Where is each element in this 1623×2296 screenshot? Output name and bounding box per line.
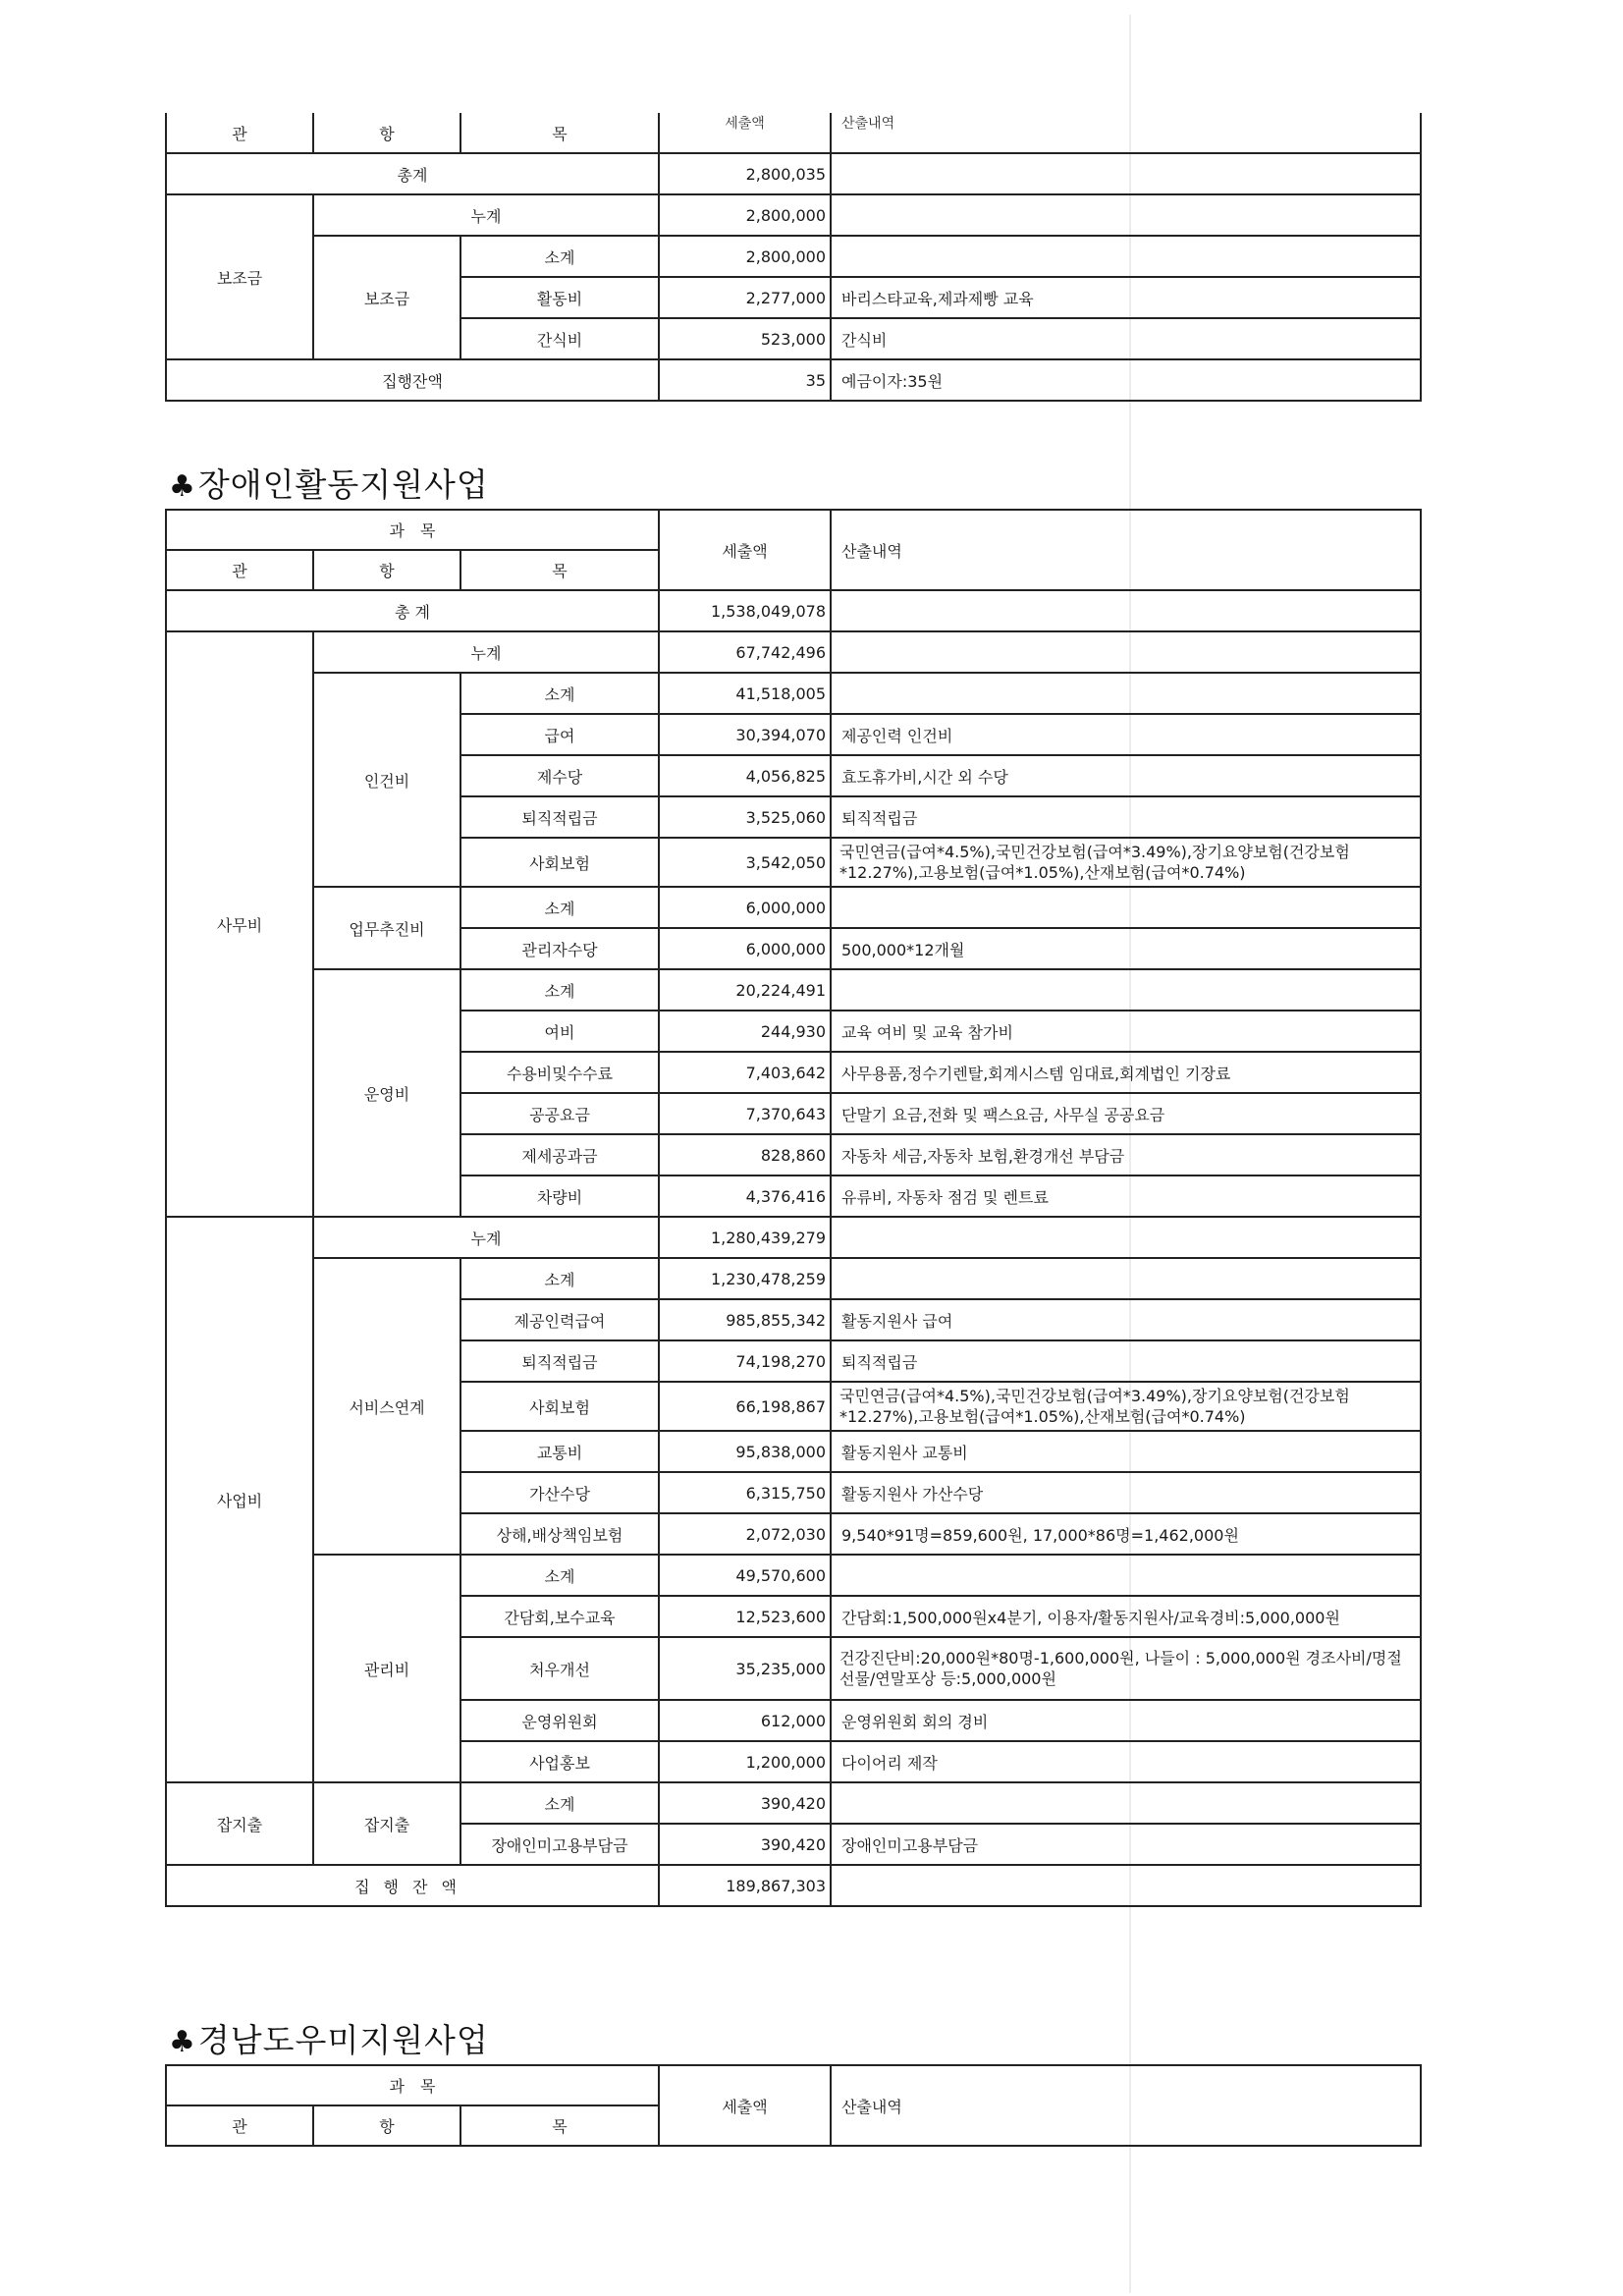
mok-cell: 급여 (460, 714, 659, 755)
amount-cell: 6,000,000 (659, 887, 831, 928)
mok-cell: 운영위원회 (460, 1700, 659, 1741)
amount-cell: 1,230,478,259 (659, 1258, 831, 1299)
amount-cell: 7,403,642 (659, 1052, 831, 1093)
amount-cell: 20,224,491 (659, 969, 831, 1011)
cumulative-label: 누계 (313, 631, 659, 673)
table-row: 운영비 소계 20,224,491 (166, 969, 1421, 1011)
mok-cell: 제세공과금 (460, 1134, 659, 1175)
hang-service: 서비스연계 (313, 1258, 460, 1555)
amount-cell: 390,420 (659, 1824, 831, 1865)
detail-cell (831, 1555, 1421, 1596)
balance-detail: 예금이자:35원 (831, 359, 1421, 401)
header-hang: 항 (313, 550, 460, 590)
hang-operation: 운영비 (313, 969, 460, 1217)
amount-cell: 35,235,000 (659, 1637, 831, 1700)
amount-cell: 3,542,050 (659, 838, 831, 887)
header-hang: 항 (313, 113, 460, 153)
header-amount: 세출액 (659, 2065, 831, 2146)
gwan-office: 사무비 (166, 631, 313, 1217)
gwan-cell: 보조금 (166, 194, 313, 359)
amount-cell: 49,570,600 (659, 1555, 831, 1596)
detail-cell: 퇴직적립금 (831, 796, 1421, 838)
mok-cell: 가산수당 (460, 1472, 659, 1513)
amount-cell: 30,394,070 (659, 714, 831, 755)
mok-cell: 제수당 (460, 755, 659, 796)
detail-cell (831, 887, 1421, 928)
mok-cell: 소계 (460, 1555, 659, 1596)
balance-detail (831, 1865, 1421, 1906)
header-detail: 산출내역 (831, 510, 1421, 590)
table-gyeongnam-helper: 과 목 세출액 산출내역 관 항 목 (165, 2064, 1422, 2147)
amount-cell: 6,315,750 (659, 1472, 831, 1513)
table-row: 업무추진비 소계 6,000,000 (166, 887, 1421, 928)
detail-cell: 500,000*12개월 (831, 928, 1421, 969)
detail-cell (831, 969, 1421, 1011)
detail-cell: 단말기 요금,전화 및 팩스요금, 사무실 공공요금 (831, 1093, 1421, 1134)
detail-cell: 운영위원회 회의 경비 (831, 1700, 1421, 1741)
hang-personnel: 인건비 (313, 673, 460, 887)
header-gwan: 관 (166, 113, 313, 153)
mok-cell: 활동비 (460, 277, 659, 318)
detail-cell: 제공인력 인건비 (831, 714, 1421, 755)
mok-cell: 소계 (460, 673, 659, 714)
amount-cell: 4,056,825 (659, 755, 831, 796)
mok-cell: 교통비 (460, 1431, 659, 1472)
detail-cell: 자동차 세금,자동차 보험,환경개선 부담금 (831, 1134, 1421, 1175)
detail-cell: 유류비, 자동차 점검 및 렌트료 (831, 1175, 1421, 1217)
detail-cell: 바리스타교육,제과제빵 교육 (831, 277, 1421, 318)
header-mok: 목 (460, 550, 659, 590)
mok-cell: 소계 (460, 1782, 659, 1824)
amount-cell: 95,838,000 (659, 1431, 831, 1472)
detail-cell: 장애인미고용부담금 (831, 1824, 1421, 1865)
mok-cell: 공공요금 (460, 1093, 659, 1134)
table-row: 인건비 소계 41,518,005 (166, 673, 1421, 714)
mok-cell: 사회보험 (460, 838, 659, 887)
header-gwan: 관 (166, 550, 313, 590)
table-row: 보조금 누계 2,800,000 (166, 194, 1421, 236)
amount-cell: 612,000 (659, 1700, 831, 1741)
detail-cell: 효도휴가비,시간 외 수당 (831, 755, 1421, 796)
total-amount: 1,538,049,078 (659, 590, 831, 631)
detail-cell: 건강진단비:20,000원*80명-1,600,000원, 나들이 : 5,00… (831, 1637, 1421, 1700)
header-row: 과 목 세출액 산출내역 (166, 2065, 1421, 2105)
club-icon: ♣ (169, 2025, 196, 2059)
detail-cell: 활동지원사 급여 (831, 1299, 1421, 1340)
header-subject: 과 목 (166, 2065, 659, 2105)
hang-management: 관리비 (313, 1555, 460, 1782)
mok-cell: 간식비 (460, 318, 659, 359)
table-activity-support: 과 목 세출액 산출내역 관 항 목 총 계 1,538,049,078 사무비… (165, 509, 1422, 1907)
mok-cell: 상해,배상책임보험 (460, 1513, 659, 1555)
header-mok: 목 (460, 2105, 659, 2146)
amount-cell: 2,800,000 (659, 236, 831, 277)
mok-cell: 사회보험 (460, 1382, 659, 1431)
amount-cell: 66,198,867 (659, 1382, 831, 1431)
table-row: 사업비 누계 1,280,439,279 (166, 1217, 1421, 1258)
amount-cell: 7,370,643 (659, 1093, 831, 1134)
mok-cell: 소계 (460, 969, 659, 1011)
header-amount-fragment: 세출액 (725, 116, 765, 132)
cumulative-amount: 1,280,439,279 (659, 1217, 831, 1258)
mok-cell: 소계 (460, 236, 659, 277)
detail-cell: 활동지원사 가산수당 (831, 1472, 1421, 1513)
total-row: 총 계 1,538,049,078 (166, 590, 1421, 631)
detail-cell: 간식비 (831, 318, 1421, 359)
header-hang: 항 (313, 2105, 460, 2146)
header-row: 관 항 목 세출액 산출내역 (166, 113, 1421, 153)
section-title-text: 경남도우미지원사업 (198, 2021, 489, 2059)
mok-cell: 사업홍보 (460, 1741, 659, 1782)
table-row: 사무비 누계 67,742,496 (166, 631, 1421, 673)
gwan-project: 사업비 (166, 1217, 313, 1782)
header-row: 과 목 세출액 산출내역 (166, 510, 1421, 550)
mok-cell: 차량비 (460, 1175, 659, 1217)
detail-cell: 활동지원사 교통비 (831, 1431, 1421, 1472)
total-row: 총계 2,800,035 (166, 153, 1421, 194)
mok-cell: 장애인미고용부담금 (460, 1824, 659, 1865)
total-label: 총계 (166, 153, 659, 194)
header-mok: 목 (460, 113, 659, 153)
amount-cell: 4,376,416 (659, 1175, 831, 1217)
detail-cell (831, 236, 1421, 277)
cumulative-label: 누계 (313, 194, 659, 236)
total-detail (831, 153, 1421, 194)
balance-label: 집행잔액 (166, 1865, 659, 1906)
amount-cell: 828,860 (659, 1134, 831, 1175)
mok-cell: 여비 (460, 1011, 659, 1052)
section-title-gyeongnam-helper: ♣경남도우미지원사업 (169, 2015, 489, 2061)
mok-cell: 제공인력급여 (460, 1299, 659, 1340)
amount-cell: 6,000,000 (659, 928, 831, 969)
gwan-misc: 잡지출 (166, 1782, 313, 1865)
detail-cell: 다이어리 제작 (831, 1741, 1421, 1782)
detail-cell: 교육 여비 및 교육 참가비 (831, 1011, 1421, 1052)
detail-cell: 9,540*91명=859,600원, 17,000*86명=1,462,000… (831, 1513, 1421, 1555)
section-title-text: 장애인활동지원사업 (198, 465, 489, 504)
cumulative-amount: 2,800,000 (659, 194, 831, 236)
balance-label: 집행잔액 (166, 359, 659, 401)
mok-cell: 퇴직적립금 (460, 1340, 659, 1382)
table-subsidy-continued: 관 항 목 세출액 산출내역 총계 2,800,035 보조금 누계 2,800… (165, 113, 1422, 402)
detail-cell: 사무용품,정수기렌탈,회계시스템 임대료,회계법인 기장료 (831, 1052, 1421, 1093)
detail-cell: 퇴직적립금 (831, 1340, 1421, 1382)
amount-cell: 2,072,030 (659, 1513, 831, 1555)
total-label: 총 계 (166, 590, 659, 631)
mok-cell: 소계 (460, 1258, 659, 1299)
cumulative-label: 누계 (313, 1217, 659, 1258)
amount-cell: 74,198,270 (659, 1340, 831, 1382)
balance-amount: 189,867,303 (659, 1865, 831, 1906)
detail-cell: 국민연금(급여*4.5%),국민건강보험(급여*3.49%),장기요양보험(건강… (831, 838, 1421, 887)
hang-business-promotion: 업무추진비 (313, 887, 460, 969)
header-gwan: 관 (166, 2105, 313, 2146)
section-title-activity-support: ♣장애인활동지원사업 (169, 460, 489, 506)
mok-cell: 관리자수당 (460, 928, 659, 969)
hang-misc: 잡지출 (313, 1782, 460, 1865)
hang-cell: 보조금 (313, 236, 460, 359)
amount-cell: 41,518,005 (659, 673, 831, 714)
club-icon: ♣ (169, 469, 196, 504)
detail-cell (831, 1258, 1421, 1299)
mok-cell: 처우개선 (460, 1637, 659, 1700)
mok-cell: 퇴직적립금 (460, 796, 659, 838)
detail-cell: 간담회:1,500,000원x4분기, 이용자/활동지원사/교육경비:5,000… (831, 1596, 1421, 1637)
table-row: 보조금 소계 2,800,000 (166, 236, 1421, 277)
mok-cell: 수용비및수수료 (460, 1052, 659, 1093)
header-subject: 과 목 (166, 510, 659, 550)
amount-cell: 390,420 (659, 1782, 831, 1824)
total-amount: 2,800,035 (659, 153, 831, 194)
detail-cell (831, 1782, 1421, 1824)
balance-row: 집행잔액 189,867,303 (166, 1865, 1421, 1906)
amount-cell: 12,523,600 (659, 1596, 831, 1637)
table-row: 잡지출 잡지출 소계 390,420 (166, 1782, 1421, 1824)
amount-cell: 2,277,000 (659, 277, 831, 318)
cumulative-amount: 67,742,496 (659, 631, 831, 673)
amount-cell: 3,525,060 (659, 796, 831, 838)
amount-cell: 244,930 (659, 1011, 831, 1052)
balance-row: 집행잔액 35 예금이자:35원 (166, 359, 1421, 401)
amount-cell: 985,855,342 (659, 1299, 831, 1340)
mok-cell: 간담회,보수교육 (460, 1596, 659, 1637)
mok-cell: 소계 (460, 887, 659, 928)
table-row: 관리비 소계 49,570,600 (166, 1555, 1421, 1596)
header-amount: 세출액 (659, 510, 831, 590)
amount-cell: 1,200,000 (659, 1741, 831, 1782)
table-row: 서비스연계 소계 1,230,478,259 (166, 1258, 1421, 1299)
header-detail: 산출내역 (831, 2065, 1421, 2146)
amount-cell: 523,000 (659, 318, 831, 359)
balance-amount: 35 (659, 359, 831, 401)
header-detail-fragment: 산출내역 (841, 116, 894, 132)
detail-cell: 국민연금(급여*4.5%),국민건강보험(급여*3.49%),장기요양보험(건강… (831, 1382, 1421, 1431)
detail-cell (831, 673, 1421, 714)
